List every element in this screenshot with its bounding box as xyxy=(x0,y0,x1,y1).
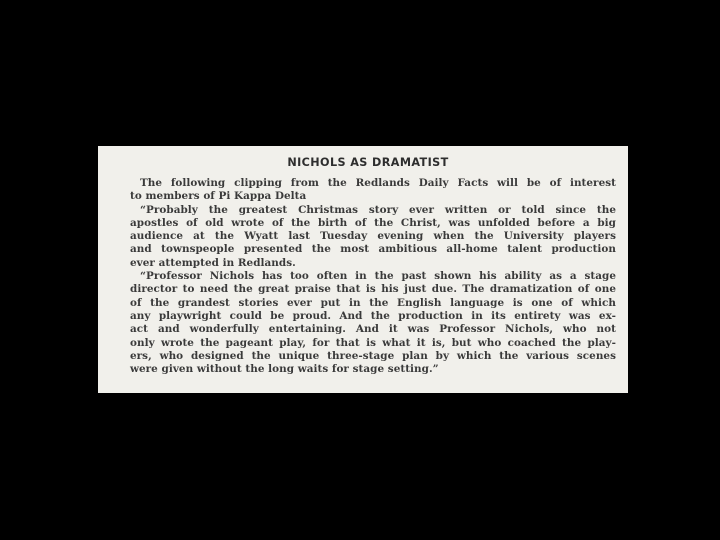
paragraph: “Probably the greatest Christmas story e… xyxy=(120,204,616,270)
text-line: act and wonderfully entertaining. And it… xyxy=(120,323,616,336)
clipping-title: NICHOLS AS DRAMATIST xyxy=(120,156,616,169)
clipping-body: The following clipping from the Redlands… xyxy=(120,177,616,376)
text-line: director to need the great praise that i… xyxy=(120,283,616,296)
text-line: apostles of old wrote of the birth of th… xyxy=(120,217,616,230)
text-line: only wrote the pageant play, for that is… xyxy=(120,337,616,350)
text-line: any playwright could be proud. And the p… xyxy=(120,310,616,323)
text-line: audience at the Wyatt last Tuesday eveni… xyxy=(120,230,616,243)
text-line: “Professor Nichols has too often in the … xyxy=(120,270,616,283)
text-line: “Probably the greatest Christmas story e… xyxy=(120,204,616,217)
text-line: were given without the long waits for st… xyxy=(120,363,616,376)
text-line: ers, who designed the unique three-stage… xyxy=(120,350,616,363)
text-line: The following clipping from the Redlands… xyxy=(120,177,616,190)
text-line: of the grandest stories ever put in the … xyxy=(120,297,616,310)
text-line: and townspeople presented the most ambit… xyxy=(120,243,616,256)
paragraph: “Professor Nichols has too often in the … xyxy=(120,270,616,376)
newspaper-clipping: NICHOLS AS DRAMATIST The following clipp… xyxy=(98,146,628,393)
paragraph: The following clipping from the Redlands… xyxy=(120,177,616,204)
text-line: ever attempted in Redlands. xyxy=(120,257,616,270)
text-line: to members of Pi Kappa Delta xyxy=(120,190,616,203)
